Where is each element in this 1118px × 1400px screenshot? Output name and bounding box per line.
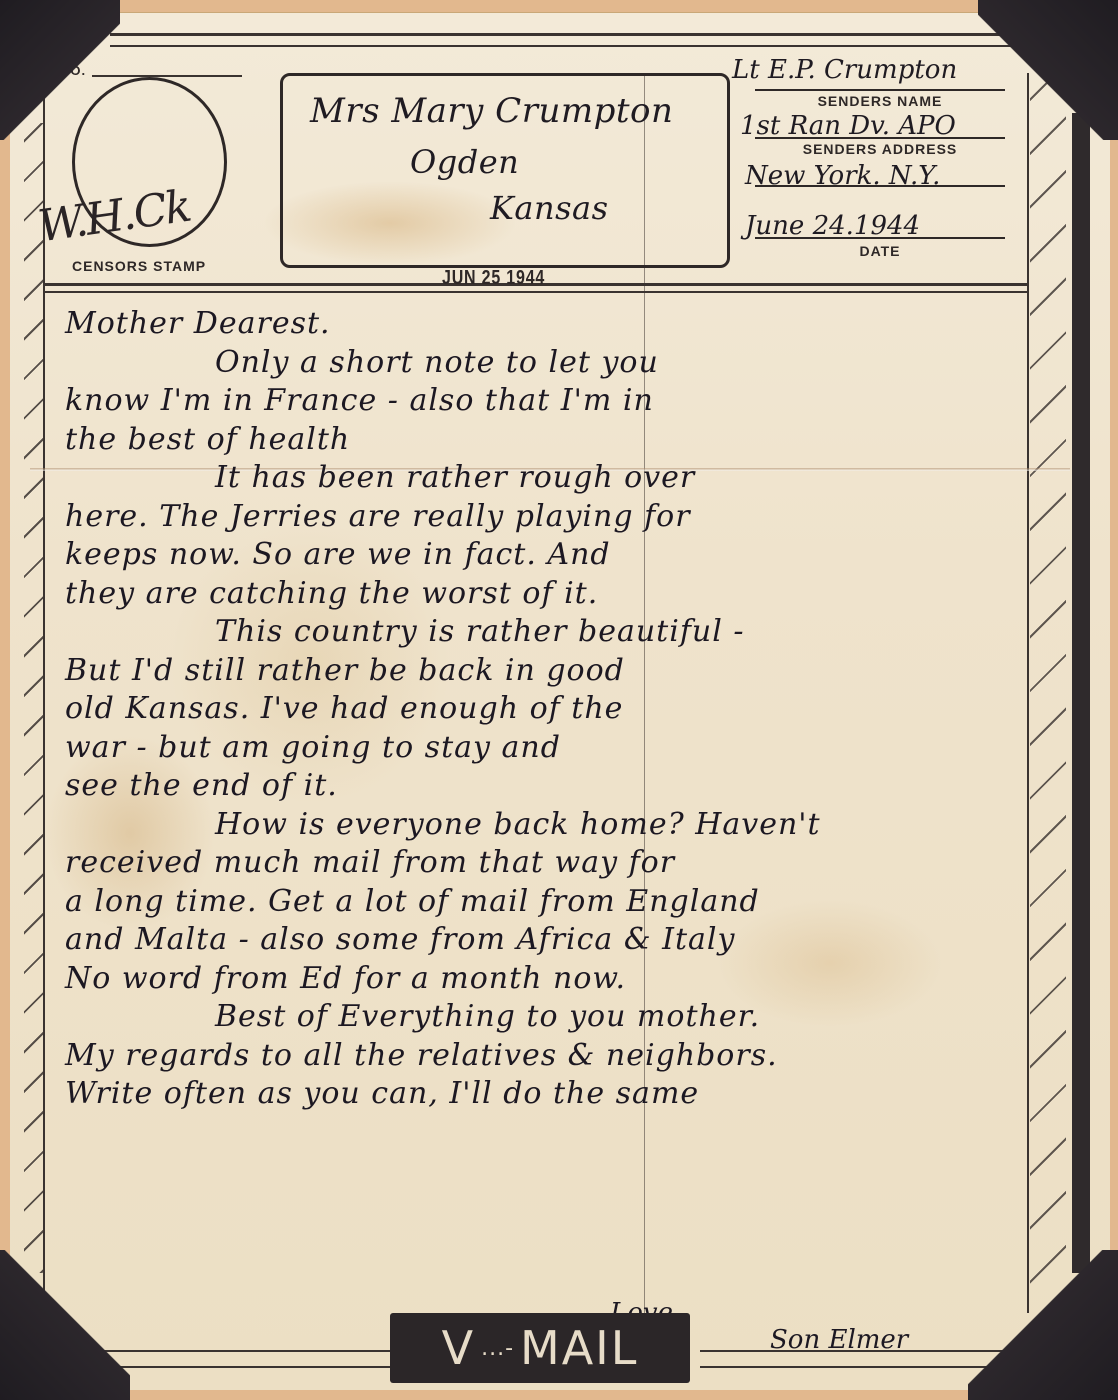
letter-line: No word from Ed for a month now. [65, 960, 1025, 999]
letter-line: How is everyone back home? Haven't [65, 806, 1025, 845]
letter-line: But I'd still rather be back in good [65, 652, 1025, 691]
letter-line: know I'm in France - also that I'm in [65, 382, 1025, 421]
letter-line: It has been rather rough over [65, 459, 1025, 498]
letter-line: keeps now. So are we in fact. And [65, 536, 1025, 575]
letter-body: Mother Dearest. Only a short note to let… [65, 305, 1025, 1114]
recipient-city: Ogden [410, 143, 519, 181]
right-hatched-margin [1030, 73, 1066, 1293]
censor-stamp-label: CENSORS STAMP [72, 258, 206, 274]
right-dark-band [1072, 113, 1090, 1273]
letter-salutation: Mother Dearest. [65, 305, 1025, 344]
sender-address-line-2 [755, 185, 1005, 187]
recipient-state: Kansas [490, 189, 609, 227]
photo-corner-bottom-left [0, 1250, 130, 1400]
right-border-line [1027, 73, 1029, 1313]
letter-line: and Malta - also some from Africa & Ital… [65, 921, 1025, 960]
vmail-letter-sheet: NO. W.H.Ck CENSORS STAMP Mrs Mary Crumpt… [10, 12, 1110, 1390]
photo-corner-top-right [978, 0, 1118, 140]
letter-line: here. The Jerries are really playing for [65, 498, 1025, 537]
photo-corner-top-left [0, 0, 120, 140]
header-separator-2 [43, 291, 1027, 293]
vmail-badge: V ...- MAIL [390, 1313, 690, 1383]
letter-line: see the end of it. [65, 767, 1025, 806]
senders-address-label: SENDERS ADDRESS [755, 141, 1005, 157]
letter-line: This country is rather beautiful - [65, 613, 1025, 652]
date-label: DATE [755, 243, 1005, 259]
top-rule-1 [110, 33, 1030, 36]
sender-address-line [755, 137, 1005, 139]
letter-line: Write often as you can, I'll do the same [65, 1075, 1025, 1114]
letter-line: Best of Everything to you mother. [65, 998, 1025, 1037]
vmail-badge-mail: MAIL [520, 1321, 638, 1375]
recipient-name: Mrs Mary Crumpton [310, 91, 673, 131]
sender-name-line [755, 89, 1005, 91]
letter-line: they are catching the worst of it. [65, 575, 1025, 614]
vmail-badge-morse: ...- [481, 1336, 514, 1361]
senders-name-label: SENDERS NAME [755, 93, 1005, 109]
left-hatched-margin [24, 123, 44, 1273]
postmark-date: JUN 25 1944 [442, 267, 545, 290]
letter-line: My regards to all the relatives & neighb… [65, 1037, 1025, 1076]
letter-line: Only a short note to let you [65, 344, 1025, 383]
letter-line: a long time. Get a lot of mail from Engl… [65, 883, 1025, 922]
vmail-badge-v: V [442, 1321, 475, 1375]
letter-line: old Kansas. I've had enough of the [65, 690, 1025, 729]
sender-name: Lt E.P. Crumpton [732, 55, 957, 85]
letter-line: the best of health [65, 421, 1025, 460]
top-rule-2 [110, 45, 1030, 47]
photo-corner-bottom-right [968, 1250, 1118, 1400]
letter-line: received much mail from that way for [65, 844, 1025, 883]
letter-line: war - but am going to stay and [65, 729, 1025, 768]
date-line [755, 237, 1005, 239]
